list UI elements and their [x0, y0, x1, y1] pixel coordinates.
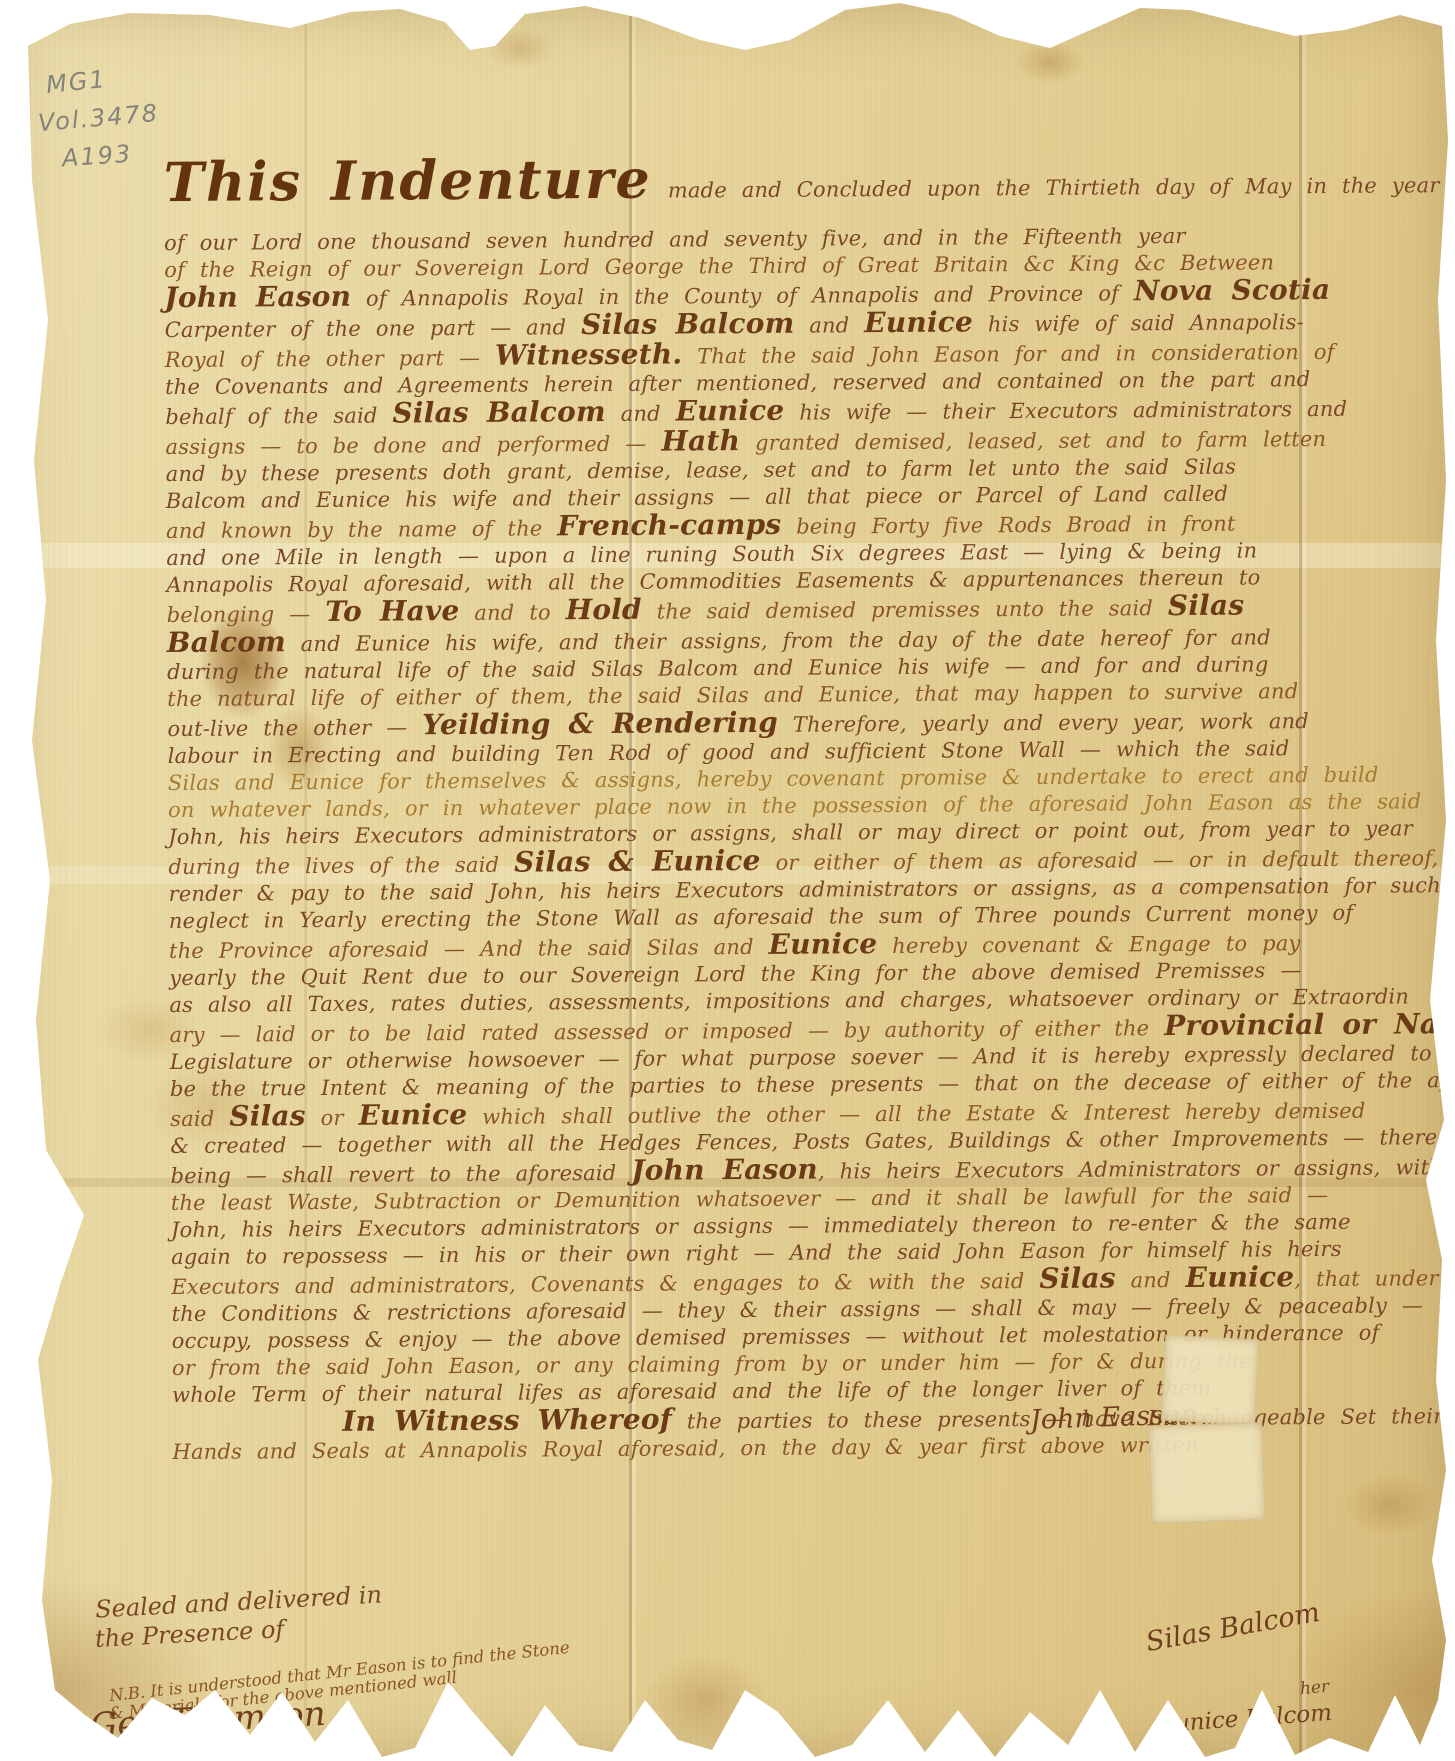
- signature-silas-balcom: Silas Balcom: [1144, 1597, 1323, 1658]
- text-segment: French-camps: [557, 508, 781, 543]
- text-segment: and: [1116, 1268, 1186, 1292]
- text-segment: Eunice: [864, 305, 973, 339]
- text-segment: which shall outlive the other — all the …: [467, 1099, 1365, 1129]
- text-segment: Witnesseth.: [495, 337, 683, 371]
- text-segment: and: [794, 313, 864, 337]
- text-segment: out-live the other —: [167, 715, 422, 741]
- text-segment: and: [606, 401, 676, 425]
- text-line: This Indenturemade and Concluded upon th…: [163, 142, 1324, 226]
- scan-background: MG1 Vol.3478 A193 This Indenturemade and…: [0, 0, 1455, 1761]
- text-segment: during the lives of the said: [168, 853, 514, 879]
- text-segment: and to: [459, 600, 565, 625]
- text-segment: being Forty five Rods Broad in front: [781, 512, 1235, 539]
- text-segment: To Have: [325, 594, 459, 628]
- text-segment: said: [170, 1107, 229, 1131]
- text-segment: made and Concluded upon the Thirtieth da…: [668, 173, 1440, 202]
- text-segment: assigns — to be done and performed —: [165, 432, 661, 459]
- text-segment: or either of them as aforesaid — or in d…: [761, 846, 1455, 875]
- text-segment: Silas & Eunice: [514, 844, 761, 879]
- text-segment: Silas Balcom: [581, 307, 795, 341]
- paper-patch: [1161, 1335, 1259, 1426]
- text-segment: Therefore, yearly and every year, work a…: [778, 709, 1309, 737]
- text-segment: Balcom: [167, 625, 286, 659]
- archival-mark-item: A193: [61, 140, 133, 173]
- text-segment: the said demised premisses unto the said: [642, 596, 1168, 624]
- text-segment: Silas: [229, 1099, 306, 1133]
- text-segment: granted demised, leased, set and to farm…: [740, 427, 1326, 455]
- text-segment: belonging —: [167, 602, 326, 627]
- paper-patch: [1148, 1422, 1265, 1524]
- text-segment: , his heirs Executors Administrators or …: [818, 1155, 1455, 1184]
- text-segment: Yeilding & Rendering: [422, 706, 778, 741]
- archival-mark-collection: MG1: [45, 65, 108, 99]
- text-segment: hereby covenant & Engage to pay: [877, 931, 1300, 958]
- text-segment: Eunice: [358, 1098, 467, 1132]
- text-segment: Hands and Seals at Annapolis Royal afore…: [172, 1433, 1198, 1464]
- signature-eunice-balcom: Eunice Balcom: [1157, 1700, 1332, 1738]
- text-segment: or: [306, 1106, 359, 1130]
- text-segment: Hath: [661, 424, 740, 458]
- document-body-lines: This Indenturemade and Concluded upon th…: [163, 142, 1332, 1466]
- archival-mark-volume: Vol.3478: [37, 99, 160, 137]
- text-segment: behalf of the said: [165, 403, 392, 429]
- text-segment: his wife — their Executors administrator…: [784, 397, 1347, 425]
- text-segment: being — shall revert to the aforesaid: [170, 1161, 631, 1188]
- text-segment: Silas Balcom: [392, 395, 606, 429]
- text-segment: Provincial or National: [1164, 1007, 1455, 1043]
- text-segment: Eunice: [1185, 1260, 1294, 1294]
- text-segment: Nova Scotia: [1134, 273, 1331, 307]
- text-segment: Eunice: [676, 394, 785, 428]
- text-segment: and known by the name of the: [166, 516, 557, 543]
- text-segment: Hold: [566, 593, 642, 627]
- eunice-her-mark-label: her: [1299, 1677, 1330, 1699]
- text-segment: John Eason: [164, 280, 351, 314]
- text-segment: This Indenture: [163, 147, 652, 214]
- text-segment: the Province aforesaid — And the said Si…: [169, 935, 769, 963]
- text-segment: Eunice: [768, 927, 877, 961]
- text-segment: John Eason: [631, 1153, 818, 1187]
- text-segment: That the said John Eason for and in cons…: [682, 340, 1335, 369]
- text-segment: Silas: [1039, 1261, 1116, 1295]
- text-segment: , that under: [1294, 1266, 1438, 1291]
- text-segment: Executors and administrators, Covenants …: [171, 1269, 1039, 1299]
- text-segment: In Witness Whereof: [342, 1403, 672, 1438]
- text-segment: Silas: [1168, 589, 1245, 623]
- text-segment: Royal of the other part —: [165, 346, 495, 372]
- parchment-document: MG1 Vol.3478 A193 This Indenturemade and…: [0, 0, 1455, 1761]
- text-segment: his wife of said Annapolis-: [973, 310, 1304, 336]
